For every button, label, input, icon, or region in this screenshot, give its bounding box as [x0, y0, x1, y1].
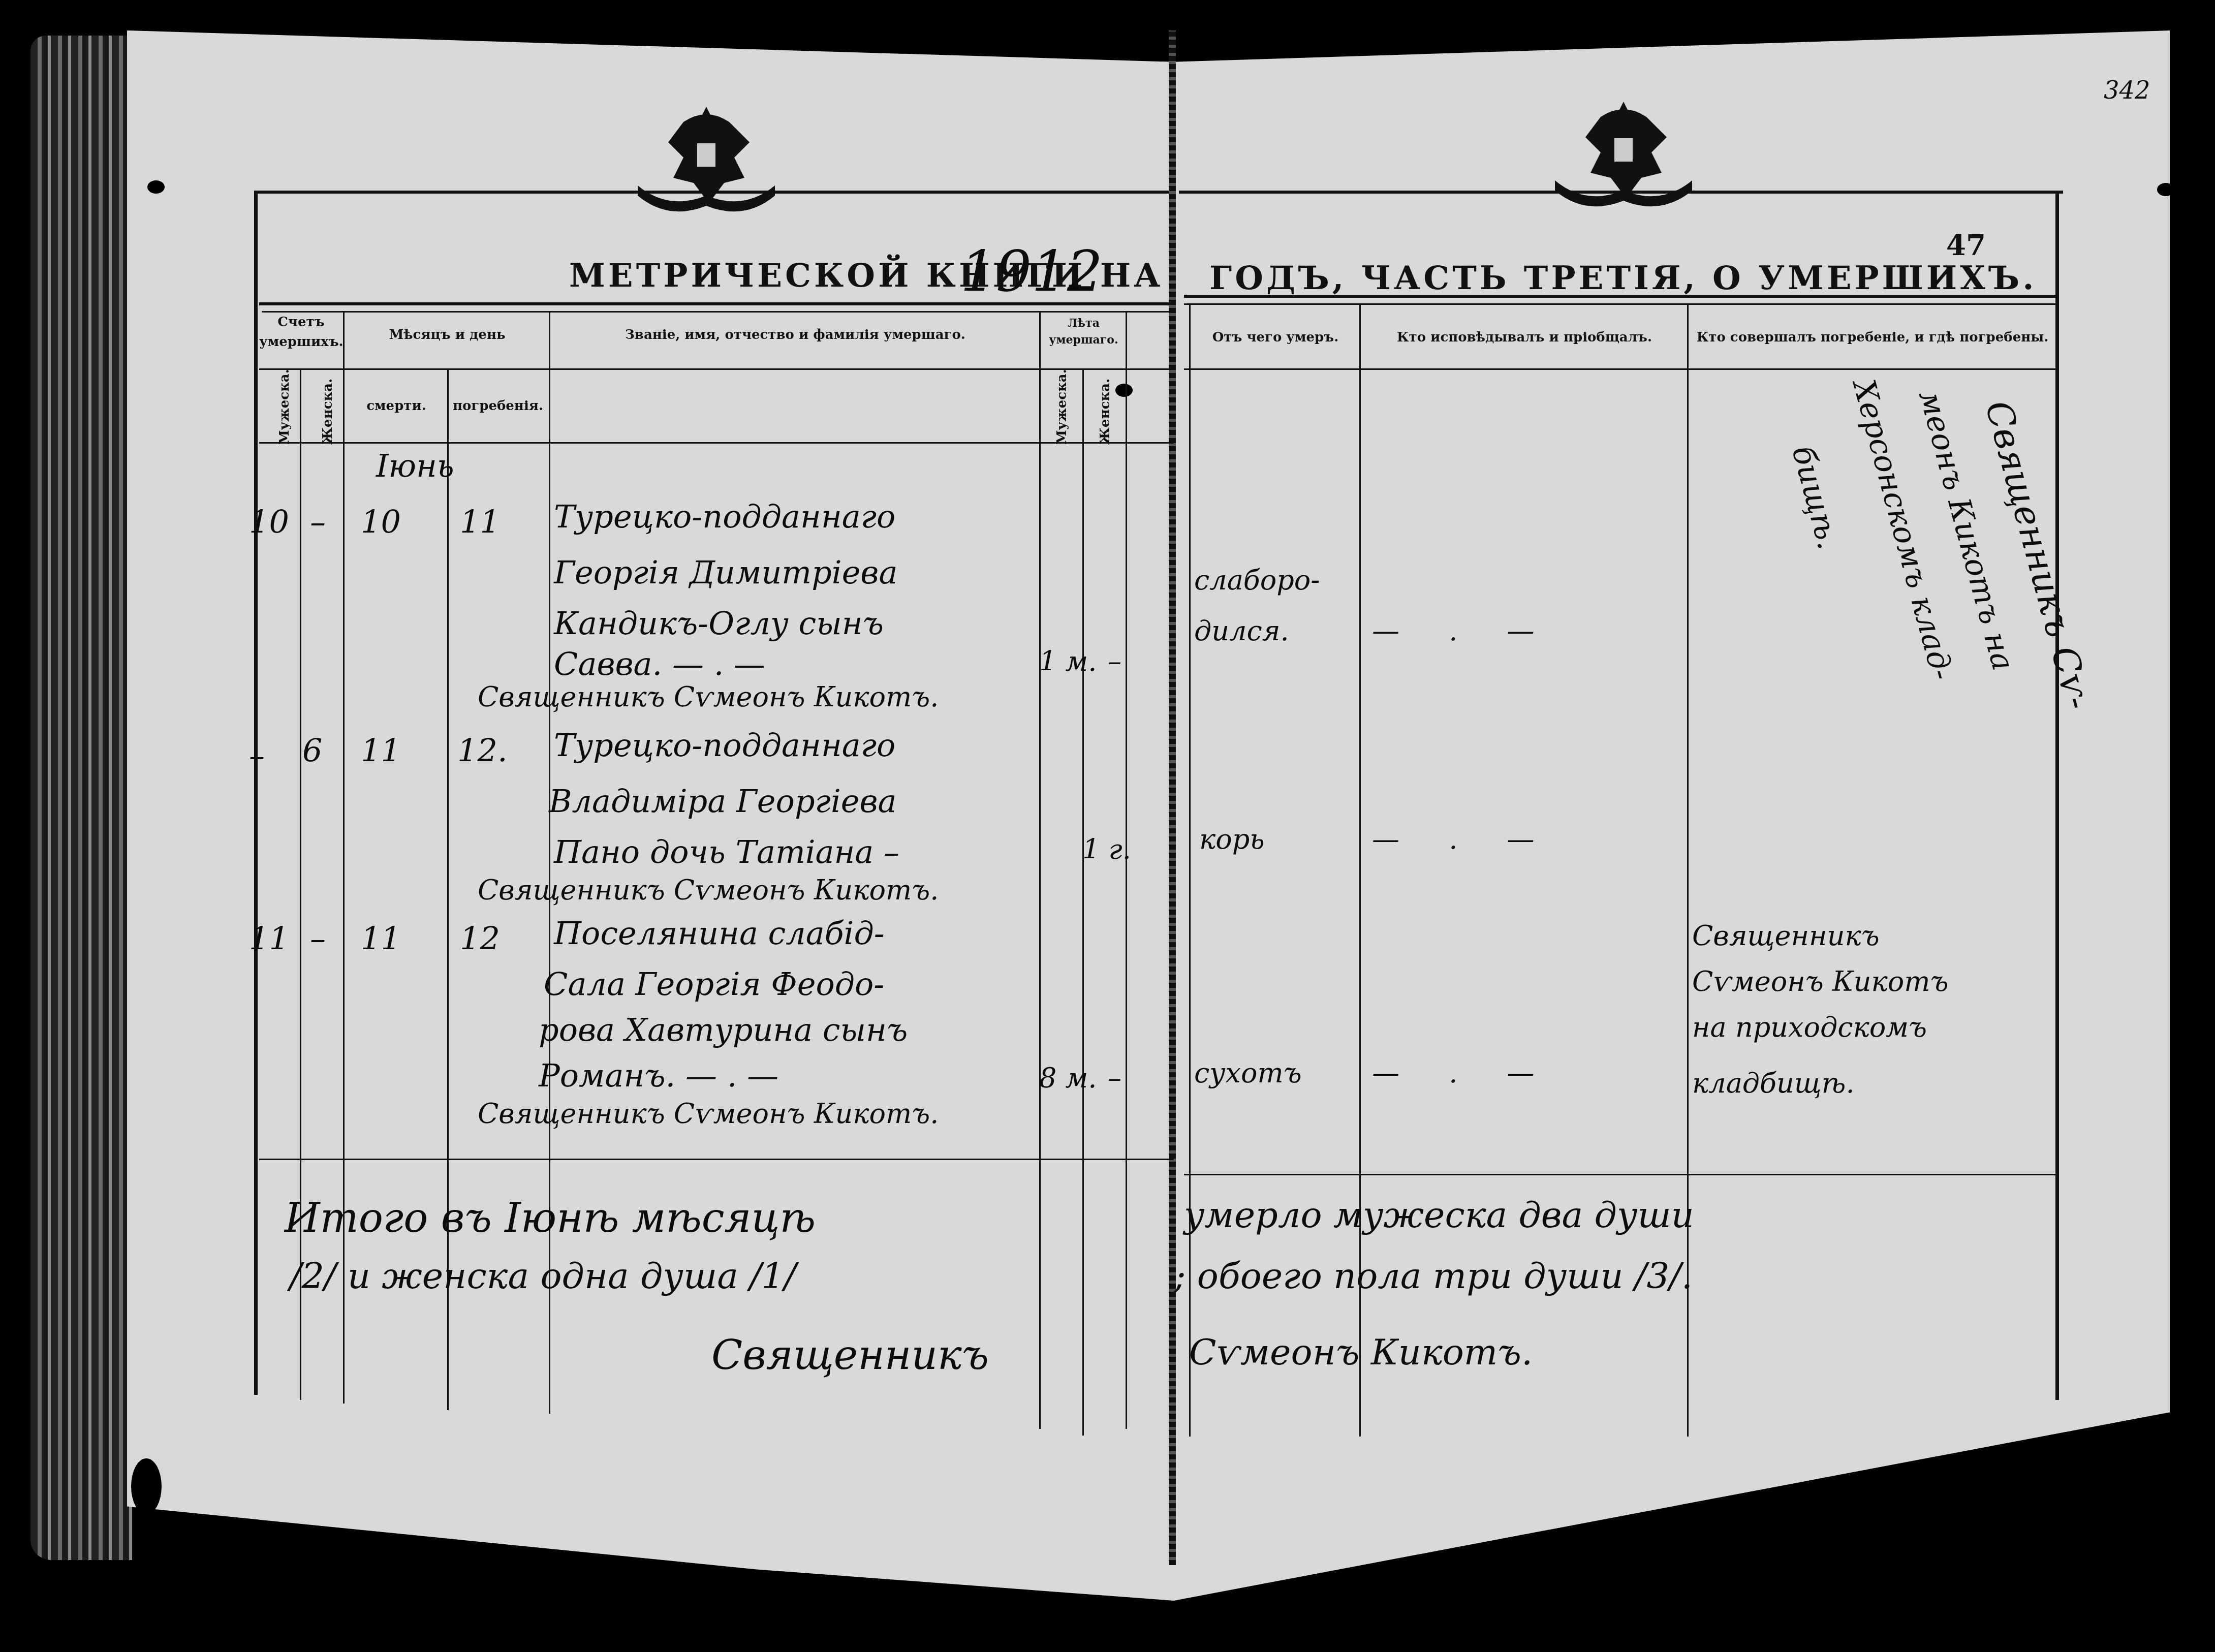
year-handwritten: 1912	[960, 239, 1103, 304]
column-line	[1039, 311, 1041, 1429]
binding-hole	[147, 180, 165, 194]
month-label: Іюнь	[376, 447, 454, 484]
burial-note: кладбищѣ.	[1692, 1067, 1855, 1099]
signature: Священникъ Сѵмеонъ Кикотъ.	[478, 1098, 939, 1130]
binding-hole	[131, 1458, 162, 1514]
summary-line: ; обоего пола три души /3/.	[1174, 1255, 1693, 1297]
death-day: 11	[361, 732, 401, 769]
male-count: –	[249, 737, 265, 774]
burial-day: 11	[460, 503, 500, 540]
female-count: 6	[302, 732, 322, 769]
name-line: Георгія Димитріева	[554, 554, 897, 591]
frame-line	[2055, 191, 2059, 1400]
summary-signature: Священникъ	[711, 1331, 989, 1379]
binding-hole	[2157, 183, 2174, 196]
name-line: Турецко-подданнаго	[554, 498, 895, 535]
frame-line	[1179, 191, 2063, 194]
header-rule	[259, 302, 1169, 305]
summary-signature: Сѵмеонъ Кикотъ.	[1189, 1331, 1533, 1373]
binding-hole	[1115, 384, 1133, 397]
header-death: смерти.	[346, 396, 447, 416]
name-line: Романъ. — . —	[539, 1057, 778, 1094]
name-line: рова Хавтурина сынъ	[539, 1011, 908, 1048]
female-count: –	[310, 503, 326, 540]
confessor: — . —	[1372, 1057, 1555, 1089]
page-number: 47	[1946, 229, 1986, 262]
confessor: — . —	[1372, 615, 1555, 647]
name-line: Пано дочь Татіана –	[554, 833, 899, 870]
burial-note: Сѵмеонъ Кикотъ	[1692, 965, 1948, 998]
age-male: 1 м.	[1039, 645, 1097, 677]
header-rule	[259, 442, 1174, 444]
column-line	[1082, 368, 1084, 1436]
header-month-day: Мѣсяцъ и день	[346, 325, 549, 345]
frame-line	[254, 191, 258, 1395]
summary-line: Итого въ Іюнѣ мѣсяцѣ	[285, 1194, 816, 1241]
cause-line: корь	[1199, 823, 1265, 855]
age-female: –	[1108, 1062, 1121, 1094]
death-day: 10	[361, 503, 401, 540]
book-title-right: ГОДЪ, ЧАСТЬ ТРЕТІЯ, О УМЕРШИХЪ.	[1209, 259, 2037, 297]
header-burial-by: Кто совершалъ погребеніе, и гдѣ погребен…	[1690, 328, 2055, 348]
archive-page-number: 342	[2104, 76, 2150, 105]
column-line	[1126, 311, 1127, 1429]
burial-note: на приходскомъ	[1692, 1011, 1927, 1043]
frame-line	[254, 191, 1169, 194]
imperial-eagle-crest-icon	[622, 102, 790, 219]
age-female: –	[1108, 645, 1121, 677]
header-rule	[1184, 295, 2058, 298]
death-day: 11	[361, 920, 401, 957]
male-count: 11	[249, 920, 289, 957]
column-line	[447, 368, 449, 1410]
bottom-rule	[259, 1159, 1174, 1160]
header-male: Мужеска.	[277, 363, 292, 445]
signature: Священникъ Сѵмеонъ Кикотъ.	[478, 874, 939, 906]
burial-day: 12.	[457, 732, 508, 769]
header-age: Лѣта умершаго.	[1042, 315, 1126, 349]
cause-line: сухотъ	[1194, 1057, 1302, 1089]
header-burial: погребенія.	[447, 396, 549, 416]
burial-day: 12	[460, 920, 500, 957]
age-female: 1 г.	[1082, 833, 1131, 865]
header-age-male: Мужеска.	[1054, 363, 1070, 445]
name-line: Турецко-подданнаго	[554, 727, 895, 764]
header-count-deceased: Счетъ умершихъ.	[259, 313, 343, 352]
name-line: Владиміра Георгіева	[549, 783, 896, 820]
imperial-eagle-crest-icon	[1540, 97, 1707, 213]
header-age-female: Женска.	[1098, 363, 1113, 445]
column-line	[300, 368, 301, 1400]
name-line: Сала Георгія Феодо-	[544, 965, 884, 1003]
name-line: Поселянина слабід-	[554, 915, 885, 952]
header-confessor: Кто исповѣдывалъ и пріобщалъ.	[1362, 328, 1687, 348]
confessor: — . —	[1372, 823, 1555, 855]
header-name: Званіе, имя, отчество и фамилія умершаго…	[554, 325, 1037, 345]
book-page-edges	[30, 36, 132, 1560]
header-female: Женска.	[320, 363, 335, 445]
header-rule	[262, 311, 1169, 313]
cause-line: слаборо-	[1194, 564, 1320, 596]
signature: Священникъ Сѵмеонъ Кикотъ.	[478, 681, 939, 713]
age-male: 8 м.	[1039, 1062, 1097, 1094]
name-line: Кандикъ-Оглу сынъ	[554, 605, 884, 642]
female-count: –	[310, 920, 326, 957]
header-rule	[1184, 368, 2058, 370]
summary-line: /2/ и женска одна душа /1/	[290, 1255, 796, 1297]
summary-line: умерло мужеска два души	[1184, 1194, 1694, 1236]
header-rule	[259, 368, 1174, 370]
burial-note: Священникъ	[1692, 920, 1880, 952]
binding-spine	[1169, 30, 1176, 1565]
name-line: Савва. — . —	[554, 645, 765, 682]
header-rule	[1184, 303, 2058, 305]
cause-line: дился.	[1194, 615, 1289, 647]
column-line	[549, 311, 550, 1414]
bottom-rule	[1184, 1174, 2058, 1175]
header-cause: Отъ чего умеръ.	[1192, 328, 1359, 348]
male-count: 10	[249, 503, 289, 540]
